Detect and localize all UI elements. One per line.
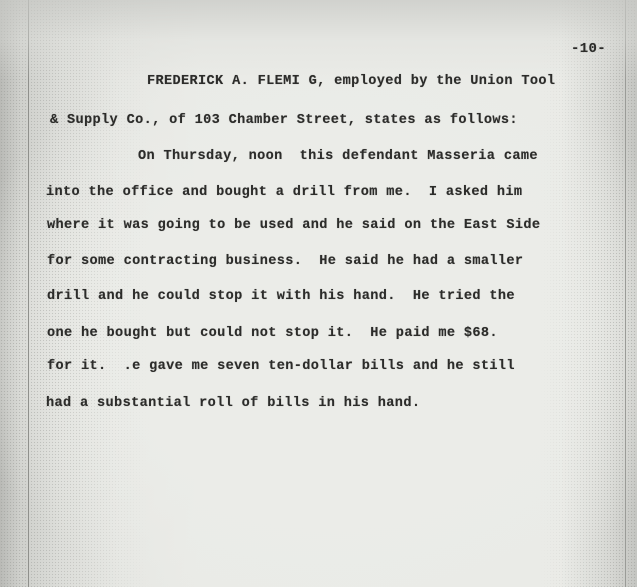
text-line: where it was going to be used and he sai… bbox=[47, 218, 540, 233]
text-line: into the office and bought a drill from … bbox=[46, 185, 522, 200]
text-line: FREDERICK A. FLEMI G, employed by the Un… bbox=[147, 74, 555, 89]
page-edge-left bbox=[28, 0, 29, 587]
page-edge-right bbox=[625, 0, 626, 587]
text-line: had a substantial roll of bills in his h… bbox=[46, 396, 420, 411]
text-line: drill and he could stop it with his hand… bbox=[47, 289, 515, 304]
text-line: On Thursday, noon this defendant Masseri… bbox=[138, 149, 538, 164]
text-line: one he bought but could not stop it. He … bbox=[47, 326, 498, 341]
page-number: -10- bbox=[571, 41, 606, 57]
text-line: for it. .e gave me seven ten-dollar bill… bbox=[47, 359, 515, 374]
text-line: & Supply Co., of 103 Chamber Street, sta… bbox=[50, 113, 518, 128]
scanned-page: -10- FREDERICK A. FLEMI G, employed by t… bbox=[0, 0, 637, 587]
text-line: for some contracting business. He said h… bbox=[47, 254, 523, 269]
